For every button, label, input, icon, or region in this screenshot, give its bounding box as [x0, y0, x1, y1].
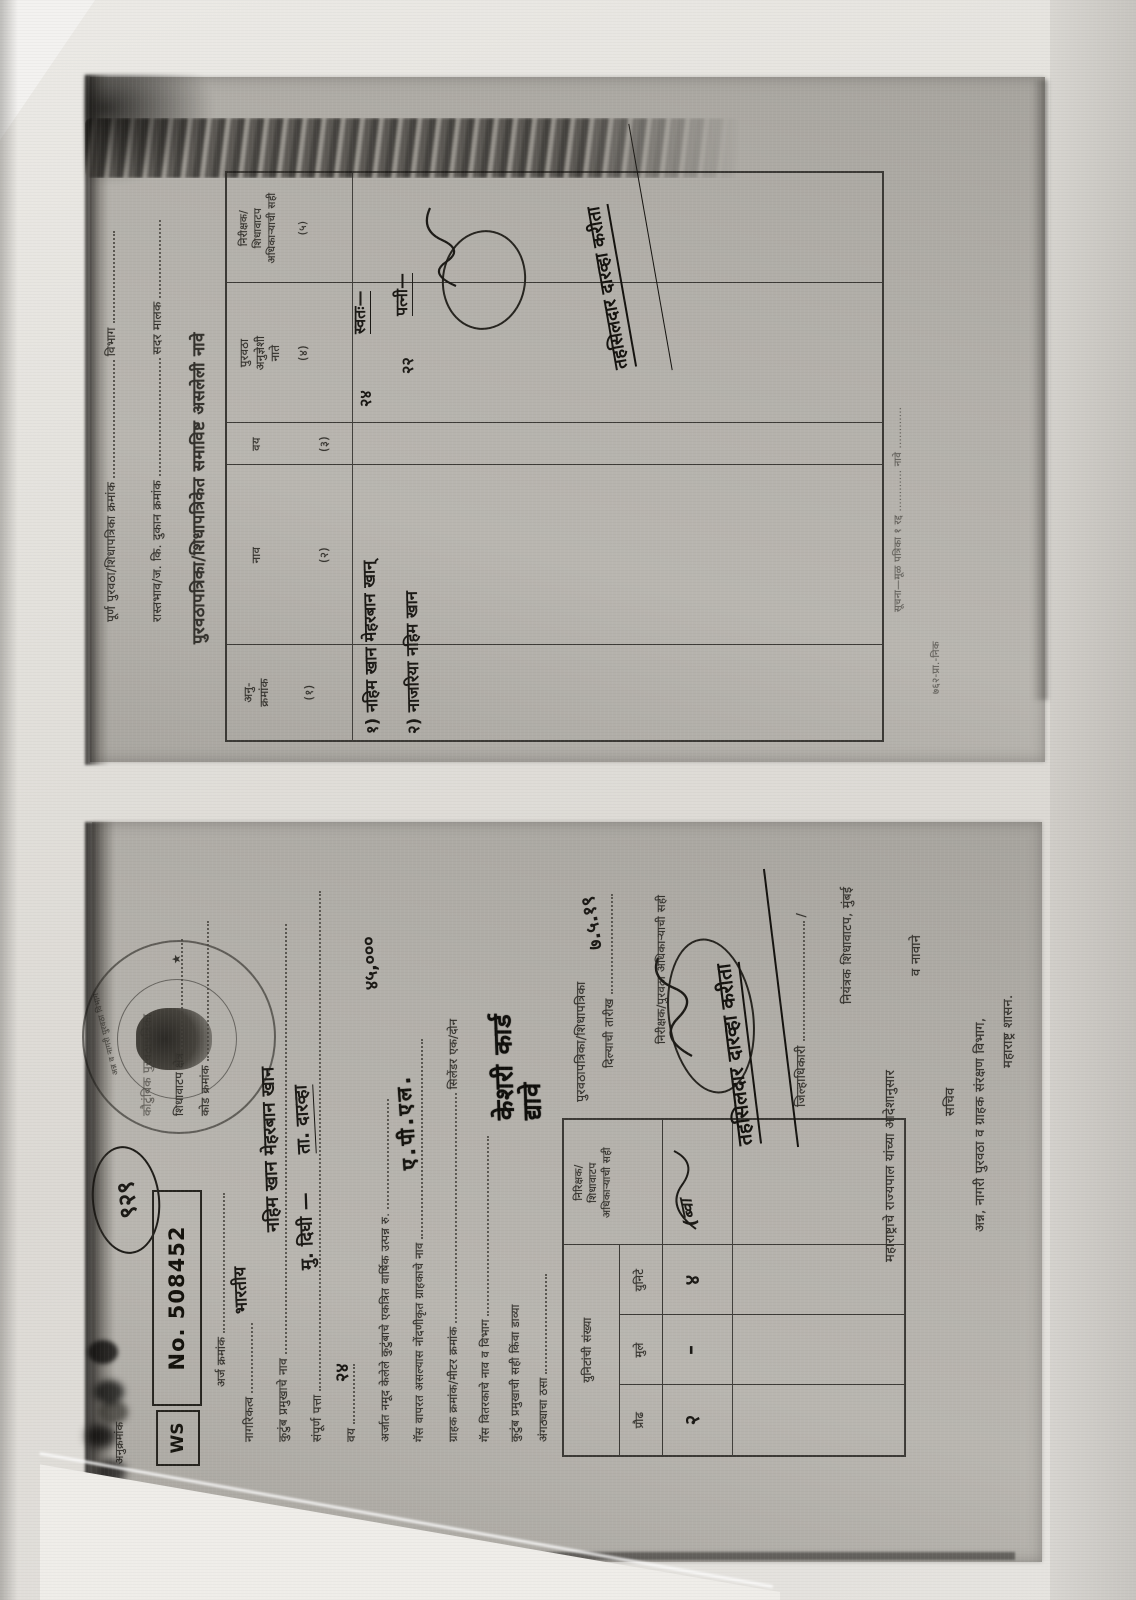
row-relation: स्वतः— — [348, 291, 371, 334]
citizenship-label: नागरिकत्व — [242, 1397, 256, 1442]
dotted-line — [196, 921, 209, 1061]
col-header-serial: अनु- क्रमांक (१) — [241, 645, 318, 740]
units-table: युनिटांची संख्या निरिक्षक/ शिधावाटप अधिक… — [562, 1118, 906, 1457]
col-header-relation: पुरवठा अनुज्ञेशी नाते (४) — [237, 283, 311, 423]
col-header-age: वय (३) — [249, 423, 332, 465]
column-border — [564, 1244, 904, 1245]
paper-left-edge-shade — [0, 0, 18, 1600]
card-number-box: No. 508452 — [152, 1190, 202, 1406]
members-table: अनु- क्रमांक (१) नाव (२) वय (३) पुरवठा अ… — [225, 171, 884, 742]
secretary-label: सचिव — [940, 1087, 958, 1116]
dotted-line — [148, 358, 161, 476]
footnote: सूचना—मूळ पत्रिका १ रद्द ............ ना… — [890, 407, 904, 612]
header-border — [352, 173, 353, 740]
dotted-line — [376, 1099, 389, 1209]
row-border — [662, 1120, 663, 1455]
col-header-name: नाव (२) — [249, 465, 332, 645]
document-ration-card: अनुक्रमांक ९२९ WS No. 508452 अर्ज क्रमां… — [92, 822, 1042, 1562]
application-number-line: अर्ज क्रमांक — [212, 1193, 229, 1387]
dotted-line — [102, 231, 115, 323]
holder-sign-label: कुटुंब प्रमुखाची सही किंवा डाव्या — [508, 1304, 523, 1442]
meter-number-label: ग्राहक क्रमांक/मीटर क्रमांक — [446, 1327, 460, 1442]
thumb-impression-line: अंगठ्याचा ठसा — [534, 1274, 551, 1442]
print-code: ७६२-प्रा.-निक — [928, 641, 942, 694]
collector-label: जिल्हाधिकारी — [793, 1045, 808, 1107]
collector-line: जिल्हाधिकारी / — [792, 913, 809, 1107]
photo-of-ration-documents: { "meta": { "paper_color": "#dcd9d4", "p… — [0, 0, 1136, 1600]
row-name: नाजरिया नहिम खान — [402, 591, 423, 712]
issue-card-label: पुरवठापत्रिका/शिधापत्रिका — [572, 981, 589, 1102]
card-number-line: पूर्ण पुरवठा/शिधापत्रिका क्रमांक विभाग — [102, 231, 119, 622]
row-border — [619, 1245, 620, 1455]
dotted-line — [148, 220, 161, 298]
address-line: संपूर्ण पत्ता — [308, 891, 325, 1442]
address-value-village: मु. दिघी — — [293, 1192, 320, 1270]
page-title: पुरवठापत्रिका/शिधापत्रिकेत समाविष्ट असले… — [186, 332, 209, 644]
owner-label: सदर मालक — [150, 302, 164, 355]
member-row: १) नहिम खान मेहरबान खान् — [356, 561, 383, 735]
dotted-line — [534, 1274, 547, 1374]
citizenship-value: भारतीय — [227, 1266, 252, 1314]
units-col-children: मुले — [632, 1315, 647, 1385]
column-border — [227, 282, 882, 283]
address-label: संपूर्ण पत्ता — [310, 1395, 324, 1442]
income-line: अर्जात नमूद केलेले कुटुंबाचे एकत्रित वार… — [376, 1099, 393, 1442]
dotted-line — [444, 1093, 457, 1323]
dotted-line — [792, 921, 805, 1041]
gas-distributor-label: गॅस वितरकाचे नाव व विभाग — [478, 1319, 492, 1442]
income-value: ४५,००० — [356, 936, 384, 991]
code-number-label: कोड क्रमांक — [198, 1065, 212, 1116]
ration-area-label: शिधावाटप क्षेत्र — [172, 1053, 186, 1116]
ration-area-line: शिधावाटप क्षेत्र — [170, 939, 187, 1116]
row-serial: १) — [362, 718, 381, 735]
dotted-line — [476, 1136, 489, 1316]
citizenship-line: नागरिकत्व — [240, 1323, 257, 1442]
units-sign-header: निरिक्षक/ शिधावाटप अधिकाऱ्याची सही — [572, 1120, 615, 1245]
address-value-taluka: ता. दारव्हा — [288, 1084, 317, 1154]
collector-slash: / — [793, 913, 808, 918]
units-group-header: युनिटांची संख्या — [580, 1245, 595, 1455]
thumb-impression-label: अंगठ्याचा ठसा — [536, 1377, 550, 1442]
units-value-children: – — [678, 1315, 702, 1385]
controller-label: नियंत्रक शिधावाटप, मुंबई — [838, 887, 855, 1004]
document-names-page: पूर्ण पुरवठा/शिधापत्रिका क्रमांक विभाग र… — [90, 77, 1045, 762]
paper-corner-wedge — [0, 0, 95, 140]
meter-number-line: ग्राहक क्रमांक/मीटर क्रमांक सिलेंडर एक/द… — [444, 1019, 461, 1442]
row-age: २४ — [354, 390, 376, 407]
head-name-label: कुटुंब प्रमुखाचे नाव — [276, 1358, 290, 1442]
dotted-line — [170, 939, 183, 1049]
department-line: अन्न, नागरी पुरवठा व ग्राहक संरक्षण विभा… — [970, 1018, 988, 1232]
serial-label: अनुक्रमांक — [112, 1422, 127, 1464]
units-value-adults: २ — [678, 1385, 705, 1455]
col-header-signature: निरीक्षक/ शिधावाटप अधिकाऱ्याची सही (५) — [237, 173, 310, 283]
dotted-line — [102, 360, 115, 478]
units-value-units: ४ — [678, 1245, 705, 1315]
division-label: विभाग — [104, 327, 118, 356]
cylinder-label: सिलेंडर एक/दोन — [446, 1019, 460, 1090]
row-border — [732, 1120, 733, 1455]
gas-consumer-label: गॅस वापरत असल्यास नोंदणीकृत ग्राहकाचे ना… — [412, 1242, 426, 1442]
governor-order-line1: महाराष्ट्राचे राज्यपाल यांच्या आदेशानुसा… — [880, 1070, 898, 1262]
ws-box: WS — [156, 1410, 200, 1466]
card-category-stamp: केशरी कार्ड द्यावे — [488, 1013, 546, 1120]
row-serial: २) — [404, 718, 423, 734]
signature-squiggle — [652, 952, 702, 1062]
issue-date-label: दिल्याची तारीख — [602, 998, 616, 1068]
age-value: २४ — [330, 1363, 354, 1382]
units-col-units: युनिटे — [632, 1245, 647, 1315]
shop-number-label: रास्तभाव/ज. कि. दुकान क्रमांक — [150, 480, 164, 622]
gas-distributor-line: गॅस वितरकाचे नाव व विभाग — [476, 1136, 493, 1442]
governor-order-line2: व नावाने — [906, 935, 924, 976]
application-number-label: अर्ज क्रमांक — [214, 1337, 228, 1387]
dotted-line — [240, 1323, 253, 1393]
dotted-line — [212, 1193, 225, 1333]
shop-number-line: रास्तभाव/ज. कि. दुकान क्रमांक सदर मालक — [148, 220, 165, 622]
signature-squiggle — [422, 202, 466, 292]
age-label: वय — [344, 1428, 358, 1442]
code-number-line: कोड क्रमांक — [196, 921, 213, 1116]
member-row: २) नाजरिया नहिम खान — [399, 591, 424, 734]
card-type-heading: कौटुंबिक पुरवठापत्रिका — [138, 1014, 155, 1116]
income-label: अर्जात नमूद केलेले कुटुंबाचे एकत्रित वार… — [378, 1213, 392, 1442]
card-number-label: पूर्ण पुरवठा/शिधापत्रिका क्रमांक — [104, 482, 118, 622]
units-col-adults: प्रौढ — [632, 1385, 647, 1455]
row-relation: पत्नी— — [390, 273, 413, 316]
signature-squiggle — [664, 1147, 704, 1233]
paper-right-margin-shade — [1050, 0, 1136, 1600]
row-age: २२ — [396, 357, 418, 374]
row-name: नहिम खान मेहरबान खान् — [359, 561, 381, 713]
government-line: महाराष्ट्र शासन. — [998, 995, 1016, 1069]
